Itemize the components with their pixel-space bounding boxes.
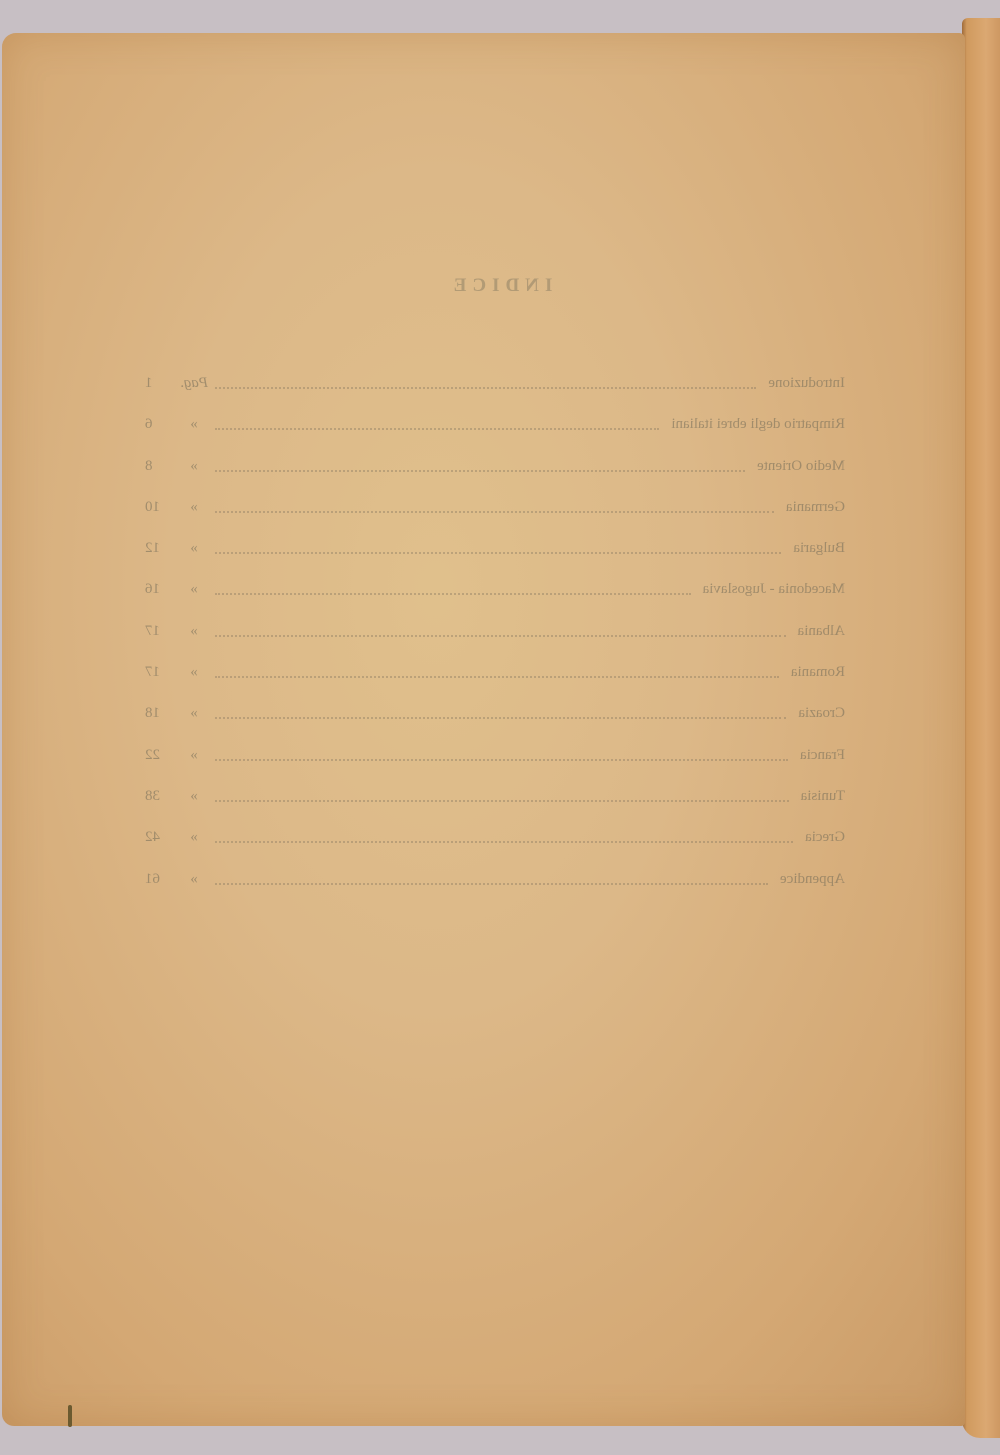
toc-entry-page: 12 [145,540,179,557]
toc-entry-label: Germania [780,499,845,516]
ditto-mark: » [179,664,209,681]
toc-entry-label: Tunisia [795,788,845,805]
toc-entry-label: Albania [792,623,845,640]
toc-entry-page: 17 [145,664,179,681]
toc-entry: Tunisia»38 [145,788,845,829]
toc-entry-page: 1 [145,375,179,392]
leader-dots [215,623,786,637]
toc-entry-label: Rimpatrio degli ebrei italiani [665,416,845,433]
toc-entry-page: 10 [145,499,179,516]
leader-dots [215,499,774,513]
page-prefix: Pag. [179,375,209,392]
leader-dots [215,581,691,595]
toc-entry-label: Croazia [792,705,845,722]
toc-entry-page: 6 [145,416,179,433]
toc-entry: Bulgaria»12 [145,540,845,581]
toc-entry: Germania»10 [145,499,845,540]
leader-dots [215,747,788,761]
toc-entry-page: 8 [145,458,179,475]
leader-dots [215,416,659,430]
leader-dots [215,871,768,885]
table-of-contents: IntroduzionePag.1Rimpatrio degli ebrei i… [145,375,845,912]
toc-entry: IntroduzionePag.1 [145,375,845,416]
ditto-mark: » [179,581,209,598]
leader-dots [215,458,745,472]
toc-entry: Appendice»61 [145,871,845,912]
toc-entry-page: 22 [145,747,179,764]
toc-entry-label: Introduzione [762,375,845,392]
toc-entry: Grecia»42 [145,829,845,870]
leader-dots [215,540,781,554]
ditto-mark: » [179,623,209,640]
toc-entry: Rimpatrio degli ebrei italiani»6 [145,416,845,457]
toc-entry-page: 38 [145,788,179,805]
bleed-through-text: INDICE IntroduzionePag.1Rimpatrio degli … [0,0,1000,1455]
ditto-mark: » [179,705,209,722]
ditto-mark: » [179,747,209,764]
ditto-mark: » [179,458,209,475]
toc-entry: Medio Oriente»8 [145,458,845,499]
toc-entry: Macedonia - Jugoslavia»16 [145,581,845,622]
toc-entry-label: Bulgaria [787,540,845,557]
toc-title: INDICE [0,275,1000,297]
toc-entry: Albania»17 [145,623,845,664]
toc-entry-page: 18 [145,705,179,722]
ditto-mark: » [179,788,209,805]
leader-dots [215,375,756,389]
ditto-mark: » [179,871,209,888]
toc-entry-page: 17 [145,623,179,640]
toc-entry-page: 61 [145,871,179,888]
toc-entry-label: Medio Oriente [751,458,845,475]
toc-entry: Francia»22 [145,747,845,788]
ditto-mark: » [179,540,209,557]
leader-dots [215,705,786,719]
toc-entry: Croazia»18 [145,705,845,746]
leader-dots [215,788,789,802]
toc-entry-label: Macedonia - Jugoslavia [697,581,845,598]
leader-dots [215,664,779,678]
toc-entry: Romania»17 [145,664,845,705]
toc-entry-page: 42 [145,829,179,846]
leader-dots [215,829,793,843]
ditto-mark: » [179,499,209,516]
toc-entry-label: Appendice [774,871,845,888]
ditto-mark: » [179,829,209,846]
toc-entry-label: Francia [794,747,845,764]
toc-entry-label: Grecia [799,829,845,846]
toc-entry-label: Romania [785,664,845,681]
stray-mark [68,1405,72,1427]
toc-entry-page: 16 [145,581,179,598]
ditto-mark: » [179,416,209,433]
